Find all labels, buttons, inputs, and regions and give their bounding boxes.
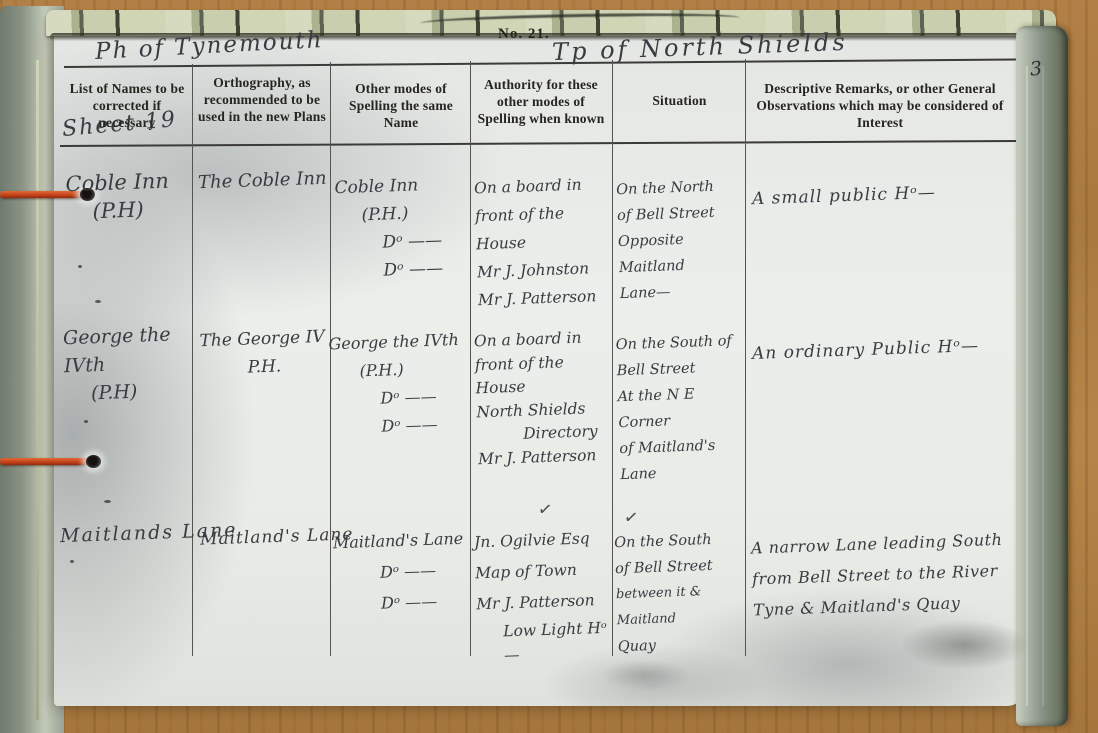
row-george-orthography-cell: The George IV P.H.	[199, 323, 329, 383]
cell-line: Maitland's Lane	[332, 523, 465, 559]
scanned-register-photo: No. 21. 3 Ph of Tynemouth Tp of North Sh…	[0, 0, 1098, 733]
cell-line: The Coble Inn	[198, 168, 327, 193]
ink-speck	[70, 560, 74, 563]
ink-speck	[104, 500, 111, 503]
cell-line: Dᵒ ——	[337, 254, 468, 287]
cell-line: The George IV	[199, 323, 328, 355]
check-mark: ✓	[623, 507, 640, 529]
cell-line: Map of Town	[475, 554, 610, 590]
column-header-names: List of Names to be corrected if necessa…	[64, 80, 190, 131]
book-cover-stitch-line	[36, 60, 39, 720]
row-coble-orthography-cell: The Coble Inn	[198, 168, 327, 193]
cell-line: Dᵒ ——	[335, 410, 468, 443]
row-coble-situation-cell: On the North of Bell Street Opposite Mai…	[616, 173, 744, 307]
row-coble-name-cell: Coble Inn (P.H)	[65, 166, 193, 226]
cell-line: of Maitland's Lane	[619, 432, 747, 488]
row-maitland-remarks-cell: A narrow Lane leading South from Bell St…	[750, 523, 1015, 625]
cell-line: P.H.	[200, 351, 329, 383]
ink-speck	[84, 420, 88, 423]
cell-line: front of the House	[474, 349, 610, 401]
cell-line: Low Light Hᵒ—	[477, 616, 613, 669]
binding-cord-bottom	[0, 458, 94, 465]
cell-line: Mr J. Patterson	[478, 443, 613, 471]
cell-line: Mr J. Patterson	[478, 282, 613, 315]
column-header-orthography: Orthography, as recommended to be used i…	[196, 74, 328, 125]
column-divider-5	[745, 59, 746, 656]
cell-line: (P.H.)	[335, 198, 466, 231]
row-coble-othermodes-cell: Coble Inn (P.H.) Dᵒ —— Dᵒ ——	[334, 170, 468, 286]
column-header-remarks: Descriptive Remarks, or other General Ob…	[749, 80, 1011, 131]
cell-line: Opposite Maitland	[618, 225, 744, 281]
cell-line: On the South of	[615, 328, 742, 358]
cell-line: Coble Inn	[65, 166, 192, 198]
cell-line: between it & Maitland	[616, 578, 746, 634]
binding-hole-bottom	[86, 455, 101, 468]
cell-line: George the IVth	[63, 320, 195, 381]
stack-edge-line	[1042, 66, 1044, 706]
cell-line: (P.H)	[65, 376, 196, 409]
cell-line: Quay	[617, 630, 746, 660]
cell-line: Mr J. Patterson	[476, 585, 611, 621]
cell-line: (P.H)	[66, 194, 193, 226]
column-header-situation: Situation	[616, 92, 743, 109]
cell-line: Dᵒ ——	[336, 226, 467, 259]
column-divider-2	[330, 62, 331, 656]
column-divider-3	[470, 61, 471, 656]
cell-line: George the IVth	[328, 326, 465, 359]
row-george-othermodes-cell: George the IVth (P.H.) Dᵒ —— Dᵒ ——	[332, 326, 468, 443]
smudge-bottom-right	[900, 620, 1030, 670]
cell-line: Dᵒ ——	[333, 554, 466, 590]
row-maitland-authority-cell: Jn. Ogilvie Esq Map of Town Mr J. Patter…	[474, 523, 613, 669]
column-header-authority: Authority for these other modes of Spell…	[472, 76, 610, 127]
page-stack-right-edge	[1016, 26, 1068, 726]
row-maitland-othermodes-cell: Maitland's Lane Dᵒ —— Dᵒ ——	[332, 523, 467, 621]
cell-line: Lane—	[619, 277, 744, 307]
cell-line: front of the House	[475, 198, 611, 259]
row-george-authority-cell: On a board in front of the House North S…	[474, 326, 613, 472]
ink-speck	[78, 265, 82, 268]
cell-line: At the N E Corner	[617, 380, 745, 436]
page-number: 3	[1029, 57, 1043, 80]
row-maitland-situation-cell: On the South of Bell Street between it &…	[614, 526, 746, 660]
row-george-name-cell: George the IVth (P.H)	[63, 320, 196, 408]
smudge-bottom-center	[600, 660, 690, 690]
row-george-situation-cell: On the South of Bell Street At the N E C…	[615, 328, 746, 488]
stack-edge-line	[1026, 66, 1028, 706]
column-header-other-modes: Other modes of Spelling the same Name	[334, 80, 468, 131]
form-number: No. 21.	[498, 26, 550, 43]
ink-speck	[95, 300, 101, 303]
column-divider-4	[612, 60, 613, 656]
row-coble-authority-cell: On a board in front of the House Mr J. J…	[474, 170, 613, 315]
cell-line: Dᵒ ——	[335, 585, 468, 621]
check-mark: ✓	[537, 499, 554, 521]
cell-line: Jn. Ogilvie Esq	[474, 523, 609, 559]
